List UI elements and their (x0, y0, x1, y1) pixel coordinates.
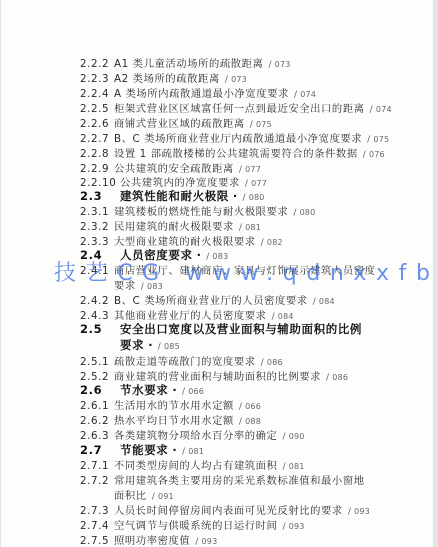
page-separator: / (141, 282, 144, 292)
toc-entry[interactable]: 2.3.1建筑楼板的燃烧性能与耐火极限要求/080 (80, 203, 315, 218)
page-separator: / (239, 223, 242, 233)
toc-number: 2.5.1 (80, 356, 114, 368)
toc-entry[interactable]: 2.2.9公共建筑的安全疏散距离/077 (80, 160, 261, 175)
toc-number: 2.2.3 (80, 73, 114, 85)
section-dot: · (233, 189, 238, 203)
page-separator: / (158, 342, 161, 352)
toc-title: 要求 (120, 338, 144, 352)
page-separator: / (282, 522, 285, 532)
toc-entry[interactable]: 2.6.3各类建筑物分项给水百分率的确定/090 (80, 427, 305, 442)
page-separator: / (268, 60, 271, 70)
toc-entry[interactable]: 2.6.2热水平均日节水用水定额/088 (80, 412, 261, 427)
toc-title: 商铺式营业区域的疏散距离 (114, 118, 245, 130)
section-dot: · (172, 443, 177, 457)
page-separator: / (152, 492, 155, 502)
toc-entry[interactable]: 2.7.2常用建筑各类主要用房的采光系数标准值和最小窗地 (80, 472, 365, 487)
page-separator: / (294, 90, 297, 100)
page-number: 088 (245, 417, 261, 426)
page-number: 066 (245, 402, 261, 411)
page-separator: / (239, 402, 242, 412)
page-number: 084 (278, 312, 294, 321)
page-number: 091 (158, 492, 174, 501)
toc-entry[interactable]: 2.4.1商店营业厅、建材商店、家具与灯饰展示建筑人员密度 (80, 262, 376, 277)
toc-entry[interactable]: 2.2.7B、C 类场所商业营业厅内疏散通道最小净宽度要求/075 (80, 130, 389, 145)
page-number: 074 (376, 105, 392, 114)
toc-number: 2.7.3 (80, 505, 114, 517)
toc-number: 2.6.1 (80, 400, 114, 412)
toc-entry[interactable]: 2.2.2A1 类儿童活动场所的疏散距离/073 (80, 55, 291, 70)
toc-number: 2.2.7 (80, 133, 114, 145)
page-number: 077 (251, 179, 267, 188)
toc-section[interactable]: 2.5安全出口宽度以及营业面积与辅助面积的比例 (80, 321, 362, 337)
section-dot: · (197, 248, 202, 262)
page-number: 084 (319, 297, 335, 306)
page-number: 093 (202, 537, 218, 546)
toc-title: 建筑楼板的燃烧性能与耐火极限要求 (114, 206, 288, 218)
toc-number: 2.2.5 (80, 103, 114, 115)
toc-number: 2.3 (80, 189, 120, 203)
toc-number: 2.2.4 (80, 88, 114, 100)
toc-number: 2.2.6 (80, 118, 114, 130)
toc-entry[interactable]: 2.3.2民用建筑的耐火极限要求/081 (80, 218, 261, 233)
toc-entry[interactable]: 2.5.1疏散走道等疏散门的宽度要求/086 (80, 353, 283, 368)
toc-title: 面积比 (114, 490, 147, 502)
toc-title: 生活用水的节水用水定额 (114, 400, 234, 412)
toc-number: 2.6.2 (80, 415, 114, 427)
toc-title: 节水要求 (120, 383, 168, 397)
toc-entry[interactable]: 2.2.10公共建筑内的净宽度要求/077 (80, 174, 267, 189)
page-separator: / (182, 387, 185, 397)
toc-title: 人员长时间停留房间内表面可见光反射比的要求 (114, 505, 343, 517)
toc-entry[interactable]: 2.2.8设置 1 部疏散楼梯的公共建筑需要符合的条件数据/076 (80, 145, 385, 160)
toc-number: 2.3.1 (80, 206, 114, 218)
page-separator: / (206, 252, 209, 262)
toc-title: 照明功率密度值 (114, 535, 190, 547)
toc-section[interactable]: 2.6节水要求·/066 (80, 382, 204, 398)
page-separator: / (282, 432, 285, 442)
toc-section[interactable]: 2.4人员密度要求·/083 (80, 247, 228, 263)
page-number: 086 (332, 373, 348, 382)
toc-title: 疏散走道等疏散门的宽度要求 (114, 356, 256, 368)
page-separator: / (242, 193, 245, 203)
toc-entry[interactable]: 面积比/091 (114, 487, 174, 502)
section-dot: · (172, 383, 177, 397)
page-separator: / (261, 358, 264, 368)
toc-title: 设置 1 部疏散楼梯的公共建筑需要符合的条件数据 (114, 148, 358, 160)
page-number: 073 (231, 75, 247, 84)
page-separator: / (293, 208, 296, 218)
page-separator: / (367, 135, 370, 145)
toc-title: 空气调节与供暖系统的日运行时间 (114, 520, 277, 532)
page-number: 075 (373, 135, 389, 144)
toc-number: 2.6.3 (80, 430, 114, 442)
page-number: 086 (267, 358, 283, 367)
toc-number: 2.2.8 (80, 148, 114, 160)
page-number: 073 (275, 60, 291, 69)
toc-number: 2.2.2 (80, 58, 114, 70)
page-separator: / (250, 120, 253, 130)
toc-title: 民用建筑的耐火极限要求 (114, 221, 234, 233)
toc-number: 2.6 (80, 383, 120, 397)
toc-title: A 类场所内疏散通道最小净宽度要求 (114, 88, 289, 100)
toc-entry[interactable]: 2.5.2商业建筑的营业面积与辅助面积的比例要求/086 (80, 368, 348, 383)
page-number: 066 (188, 387, 204, 396)
page-separator: / (182, 447, 185, 457)
page-number: 080 (300, 208, 316, 217)
page-number: 093 (289, 522, 305, 531)
toc-title: 要求 (114, 280, 136, 292)
toc-entry[interactable]: 2.4.3其他商业营业厅的人员密度要求/084 (80, 307, 294, 322)
page-separator: / (326, 373, 329, 383)
toc-number: 2.7.5 (80, 535, 114, 547)
page-separator: / (261, 238, 264, 248)
toc-title: B、C 类场所商业营业厅的人员密度要求 (114, 295, 308, 307)
page-separator: / (282, 462, 285, 472)
toc-number: 2.7 (80, 443, 120, 457)
section-dot: · (148, 338, 153, 352)
toc-title: A1 类儿童活动场所的疏散距离 (114, 58, 263, 70)
page-number: 093 (354, 507, 370, 516)
toc-title: 安全出口宽度以及营业面积与辅助面积的比例 (120, 322, 362, 336)
toc-number: 2.7.2 (80, 475, 114, 487)
toc-number: 2.7.4 (80, 520, 114, 532)
toc-entry[interactable]: 2.2.4A 类场所内疏散通道最小净宽度要求/074 (80, 85, 316, 100)
toc-title: B、C 类场所商业营业厅内疏散通道最小净宽度要求 (114, 133, 362, 145)
toc-section[interactable]: 要求·/085 (120, 337, 180, 353)
toc-title: 节能要求 (120, 443, 168, 457)
page-number: 081 (289, 462, 305, 471)
toc-entry[interactable]: 2.4.2B、C 类场所商业营业厅的人员密度要求/084 (80, 292, 335, 307)
toc-number: 2.4.1 (80, 265, 114, 277)
page-separator: / (225, 75, 228, 85)
toc-number: 2.7.1 (80, 460, 114, 472)
page-number: 075 (256, 120, 272, 129)
page-number: 077 (245, 165, 261, 174)
toc-title: 商店营业厅、建材商店、家具与灯饰展示建筑人员密度 (114, 265, 376, 277)
scrollbar[interactable] (434, 0, 438, 547)
page-separator: / (370, 105, 373, 115)
page-number: 083 (212, 252, 228, 261)
page-number: 080 (249, 193, 265, 202)
page-separator: / (195, 537, 198, 547)
page-number: 082 (267, 238, 283, 247)
page-number: 083 (147, 282, 163, 291)
toc-entry[interactable]: 2.6.1生活用水的节水用水定额/066 (80, 397, 261, 412)
toc-entry[interactable]: 2.7.5照明功率密度值/093 (80, 532, 217, 547)
toc-number: 2.4.2 (80, 295, 114, 307)
toc-entry[interactable]: 2.2.5柜架式营业区区域富任何一点到最近安全出口的距离/074 (80, 100, 392, 115)
toc-title: 各类建筑物分项给水百分率的确定 (114, 430, 277, 442)
toc-entry[interactable]: 要求/083 (114, 277, 163, 292)
page-number: 081 (245, 223, 261, 232)
document-page: 2.2.2A1 类儿童活动场所的疏散距离/0732.2.3A2 类场所的疏散距离… (1, 0, 433, 547)
toc-section[interactable]: 2.7节能要求·/081 (80, 442, 204, 458)
toc-entry[interactable]: 2.7.4空气调节与供暖系统的日运行时间/093 (80, 517, 305, 532)
toc-title: 常用建筑各类主要用房的采光系数标准值和最小窗地 (114, 475, 365, 487)
toc-entry[interactable]: 2.3.3大型商业建筑的耐火极限要求/082 (80, 233, 283, 248)
toc-entry[interactable]: 2.7.3人员长时间停留房间内表面可见光反射比的要求/093 (80, 502, 370, 517)
page-number: 074 (300, 90, 316, 99)
toc-number: 2.3.2 (80, 221, 114, 233)
page-separator: / (239, 417, 242, 427)
toc-entry[interactable]: 2.2.6商铺式营业区域的疏散距离/075 (80, 115, 272, 130)
toc-entry[interactable]: 2.2.3A2 类场所的疏散距离/073 (80, 70, 247, 85)
page-separator: / (313, 297, 316, 307)
toc-entry[interactable]: 2.7.1不同类型房间的人均占有建筑面积/081 (80, 457, 305, 472)
toc-section[interactable]: 2.3建筑性能和耐火极限·/080 (80, 188, 265, 204)
page-number: 076 (369, 150, 385, 159)
toc-title: A2 类场所的疏散距离 (114, 73, 220, 85)
page-separator: / (348, 507, 351, 517)
toc-number: 2.4 (80, 248, 120, 262)
toc-number: 2.5 (80, 322, 120, 336)
page-number: 085 (164, 342, 180, 351)
toc-title: 人员密度要求 (120, 248, 193, 262)
page-separator: / (363, 150, 366, 160)
toc-title: 不同类型房间的人均占有建筑面积 (114, 460, 277, 472)
toc-title: 建筑性能和耐火极限 (120, 189, 229, 203)
page-number: 090 (289, 432, 305, 441)
toc-title: 柜架式营业区区域富任何一点到最近安全出口的距离 (114, 103, 365, 115)
page-number: 081 (188, 447, 204, 456)
toc-title: 热水平均日节水用水定额 (114, 415, 234, 427)
